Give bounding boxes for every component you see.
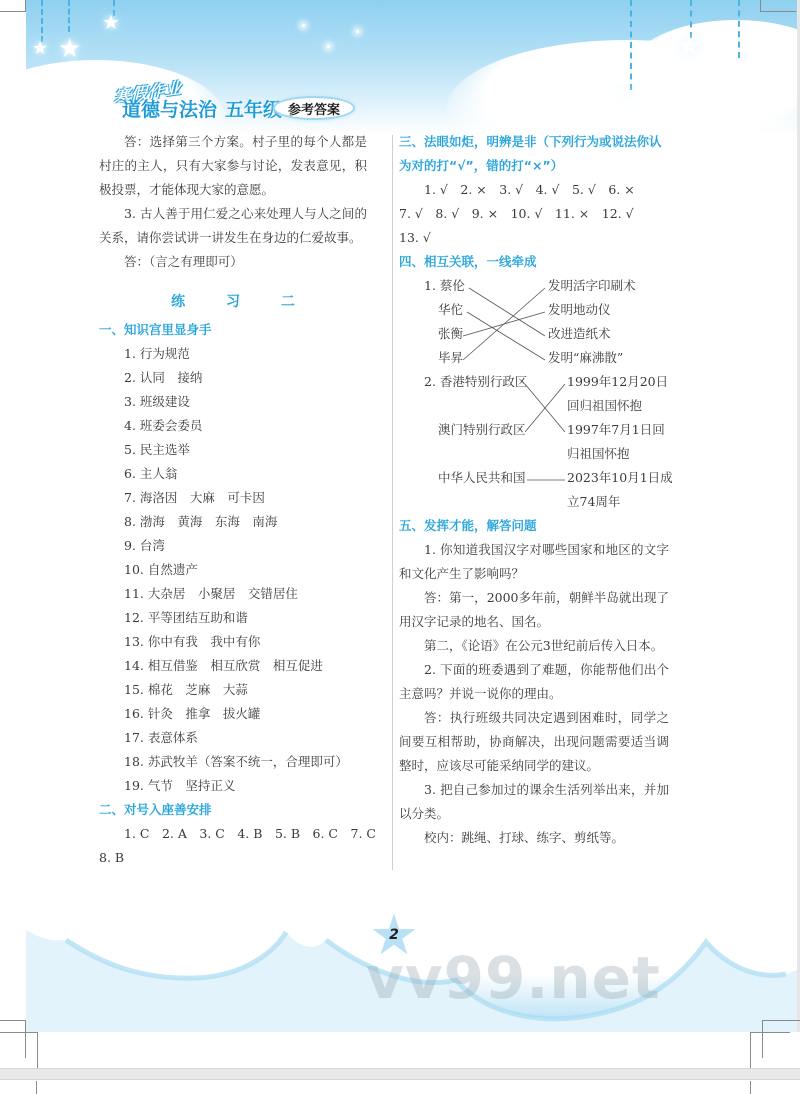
star-icon: ★ xyxy=(678,34,701,60)
list-item: 1. 行为规范 xyxy=(99,342,367,366)
answer-key-badge: 参考答案 xyxy=(273,96,355,120)
next-page-edge xyxy=(38,1081,758,1094)
sparkle-decoration xyxy=(356,30,359,33)
section-heading: 三、法眼如炬，明辨是非（下列行为或说法你认 xyxy=(399,130,669,154)
match-right-item: 1999年12月20日 xyxy=(567,370,668,394)
true-false-answers-line: 7. √ 8. √ 9. × 10. √ 11. × 12. √ xyxy=(399,202,669,226)
list-item: 15. 棉花 芝麻 大蒜 xyxy=(99,678,367,702)
answer-paragraph: 答：执行班级共同决定遇到困难时，同学之间要互相帮助，协商解决，出现问题需要适当调… xyxy=(399,706,669,778)
column-divider xyxy=(392,135,393,885)
star-icon: ★ xyxy=(102,12,120,32)
match-left-item: 中华人民共和国 xyxy=(438,466,526,490)
match-right-item: 发明地动仪 xyxy=(548,298,611,322)
answer-paragraph: 第二，《论语》在公元3世纪前后传入日本。 xyxy=(399,634,669,658)
page-number: 2 xyxy=(368,927,420,943)
match-right-item: 发明“麻沸散” xyxy=(548,346,623,370)
page-gap xyxy=(0,1068,800,1080)
list-item: 16. 针灸 推拿 拔火罐 xyxy=(99,702,367,726)
crop-mark xyxy=(0,1032,38,1068)
answer-paragraph: 答：选择第三个方案。村子里的每个人都是村庄的主人，只有大家参与讨论，发表意见，积… xyxy=(99,130,367,202)
watermark: vv99.net xyxy=(366,944,661,1012)
match-right-item: 发明活字印刷术 xyxy=(548,274,636,298)
matching-diagram-dates: 2. 香港特别行政区 澳门特别行政区 中华人民共和国 1999年12月20日 回… xyxy=(399,370,669,514)
list-item: 18. 苏武牧羊（答案不统一，合理即可） xyxy=(99,750,367,774)
list-item: 19. 气节 坚持正义 xyxy=(99,774,367,798)
answer-paragraph: 校内：跳绳、打球、练字、剪纸等。 xyxy=(399,826,669,850)
crop-mark xyxy=(0,0,26,12)
match-left-item: 张衡 xyxy=(438,322,463,346)
match-right-item: 1997年7月1日回 xyxy=(567,418,665,442)
crop-mark xyxy=(750,1081,751,1094)
section-heading: 二、对号入座善安排 xyxy=(99,798,367,822)
star-icon: ★ xyxy=(618,84,634,102)
list-item: 8. 渤海 黄海 东海 南海 xyxy=(99,510,367,534)
match-right-item: 改进造纸术 xyxy=(548,322,611,346)
left-column: 答：选择第三个方案。村子里的每个人都是村庄的主人，只有大家参与讨论，发表意见，积… xyxy=(99,130,367,870)
crop-mark xyxy=(750,1032,790,1068)
match-right-item: 立74周年 xyxy=(567,490,620,514)
choice-answers-line: 8. B xyxy=(99,846,367,870)
subject-title: 道德与法治 xyxy=(122,99,217,121)
match-right-item: 回归祖国怀抱 xyxy=(567,394,642,418)
match-left-item: 澳门特别行政区 xyxy=(438,418,526,442)
match-right-item: 归祖国怀抱 xyxy=(567,442,630,466)
true-false-answers-line: 13. √ xyxy=(399,226,669,250)
answer-paragraph: 答：（言之有理即可） xyxy=(99,250,367,274)
list-item: 14. 相互借鉴 相互欣赏 相互促进 xyxy=(99,654,367,678)
match-left-item: 2. 香港特别行政区 xyxy=(424,370,527,394)
fill-in-answers-list: 1. 行为规范 2. 认同 接纳 3. 班级建设 4. 班委会委员 5. 民主选… xyxy=(99,342,367,798)
header-banner: ★ ★ ★ ★ ★ 寒假作业 道德与法治五年级 参考答案 xyxy=(26,0,797,135)
star-icon: ★ xyxy=(58,36,81,62)
list-item: 12. 平等团结互助和谐 xyxy=(99,606,367,630)
match-left-item: 华佗 xyxy=(438,298,463,322)
hanging-string xyxy=(630,0,632,90)
matching-diagram-inventors: 1. 蔡伦 华佗 张衡 毕昇 发明活字印刷术 发明地动仪 改进造纸术 发明“麻沸… xyxy=(399,274,669,370)
section-heading: 为对的打“√”，错的打“×”） xyxy=(399,154,669,178)
question-paragraph: 3. 把自己参加过的课余生活列举出来，并加以分类。 xyxy=(399,778,669,826)
book-title: 道德与法治五年级 xyxy=(122,95,282,122)
match-right-item: 2023年10月1日成 xyxy=(567,466,673,490)
section-heading: 四、相互关联，一线牵成 xyxy=(399,250,669,274)
match-left-item: 1. 蔡伦 xyxy=(424,274,465,298)
crop-mark xyxy=(760,0,796,12)
list-item: 2. 认同 接纳 xyxy=(99,366,367,390)
list-item: 6. 主人翁 xyxy=(99,462,367,486)
match-left-item: 毕昇 xyxy=(438,346,463,370)
hanging-string xyxy=(41,0,43,42)
list-item: 13. 你中有我 我中有你 xyxy=(99,630,367,654)
list-item: 10. 自然遗产 xyxy=(99,558,367,582)
question-paragraph: 2. 下面的班委遇到了难题，你能帮他们出个主意吗？并说一说你的理由。 xyxy=(399,658,669,706)
section-heading: 五、发挥才能，解答问题 xyxy=(399,514,669,538)
list-item: 7. 海洛因 大麻 可卡因 xyxy=(99,486,367,510)
star-icon: ★ xyxy=(32,40,48,58)
exercise-title: 练 习 二 xyxy=(117,290,367,314)
sparkle-decoration xyxy=(72,64,75,67)
sparkle-decoration xyxy=(327,45,330,48)
list-item: 11. 大杂居 小聚居 交错居住 xyxy=(99,582,367,606)
sparkle-decoration xyxy=(302,24,305,27)
list-item: 5. 民主选举 xyxy=(99,438,367,462)
list-item: 4. 班委会委员 xyxy=(99,414,367,438)
hanging-string xyxy=(68,0,70,32)
list-item: 17. 表意体系 xyxy=(99,726,367,750)
right-column: 三、法眼如炬，明辨是非（下列行为或说法你认 为对的打“√”，错的打“×”） 1.… xyxy=(399,130,669,850)
list-item: 3. 班级建设 xyxy=(99,390,367,414)
hanging-string xyxy=(738,0,740,58)
list-item: 9. 台湾 xyxy=(99,534,367,558)
question-paragraph: 1. 你知道我国汉字对哪些国家和地区的文字和文化产生了影响吗？ xyxy=(399,538,669,586)
true-false-answers-line: 1. √ 2. × 3. √ 4. √ 5. √ 6. × xyxy=(399,178,669,202)
section-heading: 一、知识宫里显身手 xyxy=(99,318,367,342)
question-paragraph: 3. 古人善于用仁爱之心来处理人与人之间的关系，请你尝试讲一讲发生在身边的仁爱故… xyxy=(99,202,367,250)
crop-mark xyxy=(36,1081,37,1094)
choice-answers-line: 1. C 2. A 3. C 4. B 5. B 6. C 7. C xyxy=(99,822,367,846)
answer-paragraph: 答：第一，2000多年前，朝鲜半岛就出现了用汉字记录的地名、国名。 xyxy=(399,586,669,634)
